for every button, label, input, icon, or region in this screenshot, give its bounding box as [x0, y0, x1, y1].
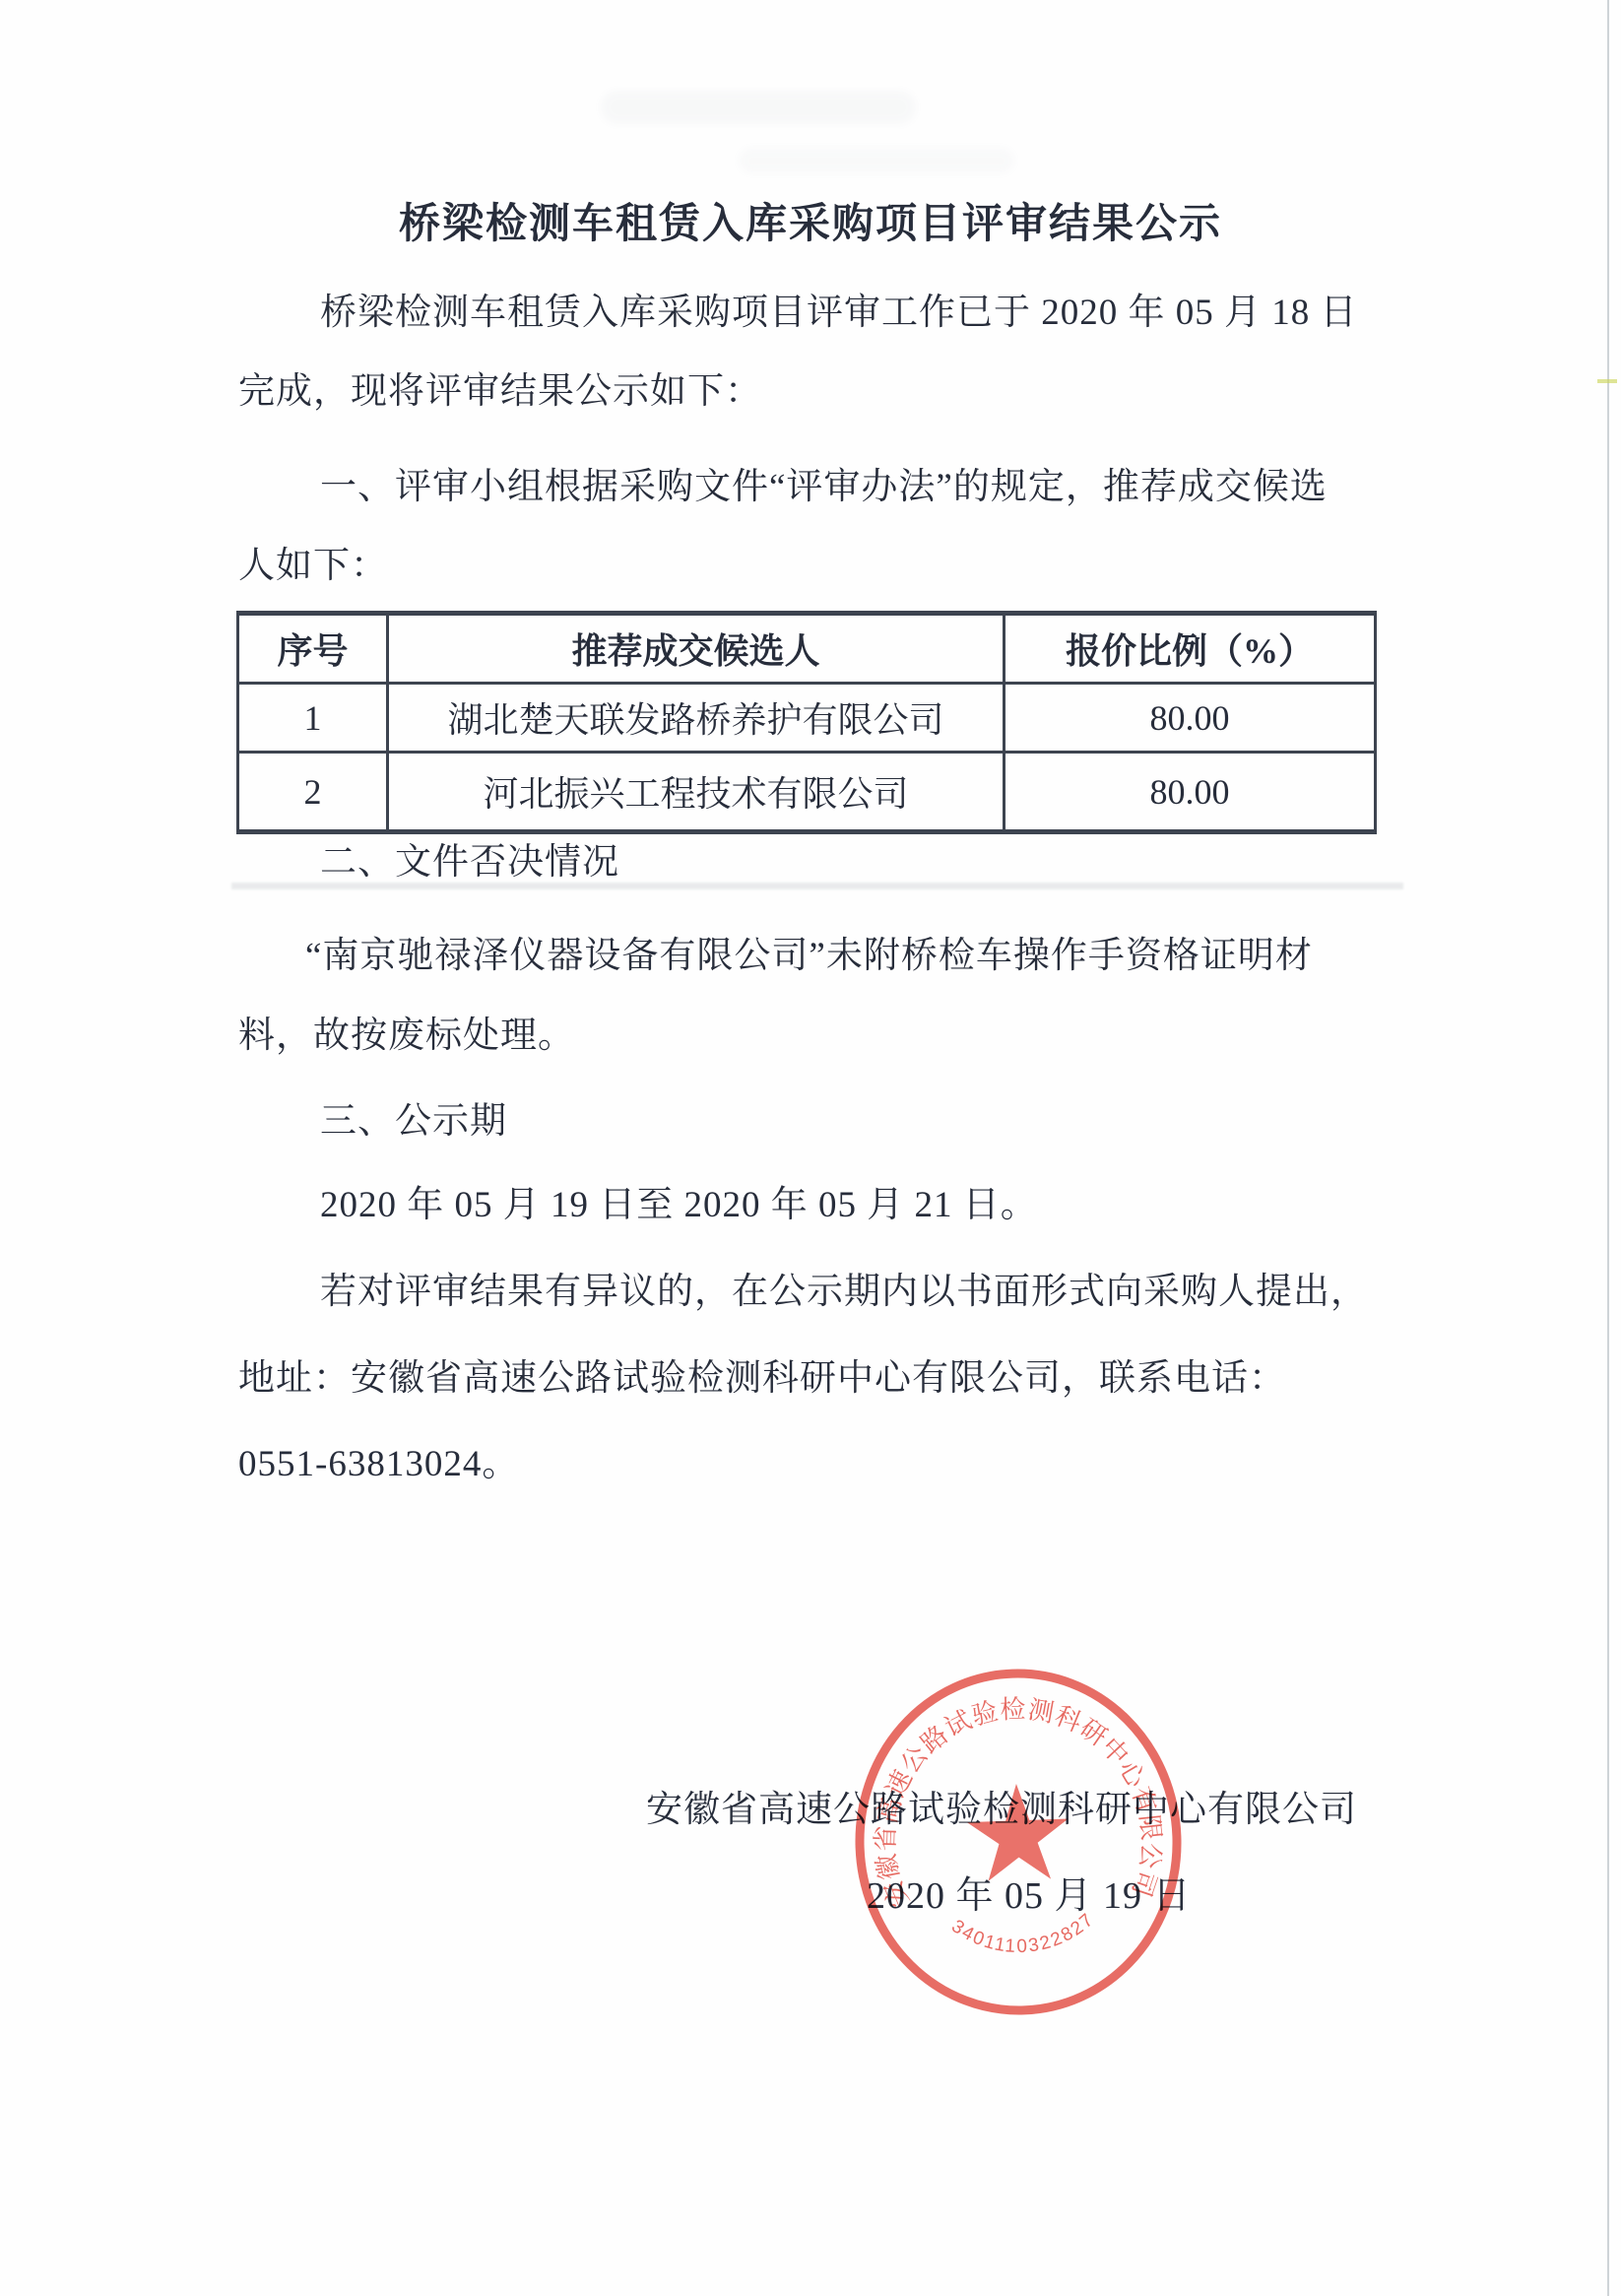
scan-smudge	[739, 148, 1014, 173]
cell-serial-number: 1	[238, 684, 388, 753]
scan-edge-line	[1607, 0, 1609, 2296]
header-candidate-name: 推荐成交候选人	[388, 614, 1005, 684]
scan-smudge	[601, 91, 916, 124]
paragraph-rejection-line1: “南京驰禄泽仪器设备有限公司”未附桥检车操作手资格证明材	[305, 932, 1313, 981]
cell-candidate-name: 河北振兴工程技术有限公司	[388, 753, 1005, 832]
paragraph-objection-line2: 地址：安徽省高速公路试验检测科研中心有限公司，联系电话：	[238, 1354, 1286, 1404]
paragraph-intro-line1: 桥梁检测车租赁入库采购项目评审工作已于 2020 年 05 月 18 日	[320, 289, 1358, 338]
section3-heading: 三、公示期	[320, 1097, 507, 1147]
paragraph-publicity-period: 2020 年 05 月 19 日至 2020 年 05 月 21 日。	[320, 1181, 1038, 1230]
cell-serial-number: 2	[238, 753, 388, 832]
section1-heading-line2: 人如下：	[238, 542, 388, 591]
section1-heading-line1: 一、评审小组根据采购文件“评审办法”的规定，推荐成交候选	[320, 463, 1328, 512]
table-header-row: 序号 推荐成交候选人 报价比例（%）	[238, 614, 1376, 684]
section2-heading: 二、文件否决情况	[320, 838, 619, 887]
page-title: 桥梁检测车租赁入库采购项目评审结果公示	[0, 200, 1621, 249]
table-row: 2 河北振兴工程技术有限公司 80.00	[238, 753, 1376, 832]
seal-star-icon	[966, 1782, 1070, 1881]
seal-serial-number: 3401110322827	[946, 1909, 1099, 1960]
table-row: 1 湖北楚天联发路桥养护有限公司 80.00	[238, 684, 1376, 753]
company-seal-stamp: 安徽省高速公路试验检测科研中心有限公司 3401110322827	[845, 1659, 1192, 2025]
cell-candidate-name: 湖北楚天联发路桥养护有限公司	[388, 684, 1005, 753]
header-quote-ratio: 报价比例（%）	[1005, 614, 1376, 684]
cell-quote-ratio: 80.00	[1005, 753, 1376, 832]
paragraph-objection-line1: 若对评审结果有异议的，在公示期内以书面形式向采购人提出，	[320, 1268, 1368, 1317]
cell-quote-ratio: 80.00	[1005, 684, 1376, 753]
scan-edge-tick	[1597, 379, 1617, 383]
announcement-document-page: 桥梁检测车租赁入库采购项目评审结果公示 桥梁检测车租赁入库采购项目评审工作已于 …	[0, 0, 1621, 2296]
header-serial-number: 序号	[238, 614, 388, 684]
paragraph-contact-phone: 0551-63813024。	[238, 1440, 519, 1489]
paragraph-rejection-line2: 料，故按废标处理。	[238, 1012, 575, 1061]
paragraph-intro-line2: 完成，现将评审结果公示如下：	[238, 367, 762, 417]
candidates-table: 序号 推荐成交候选人 报价比例（%） 1 湖北楚天联发路桥养护有限公司 80.0…	[236, 611, 1377, 834]
